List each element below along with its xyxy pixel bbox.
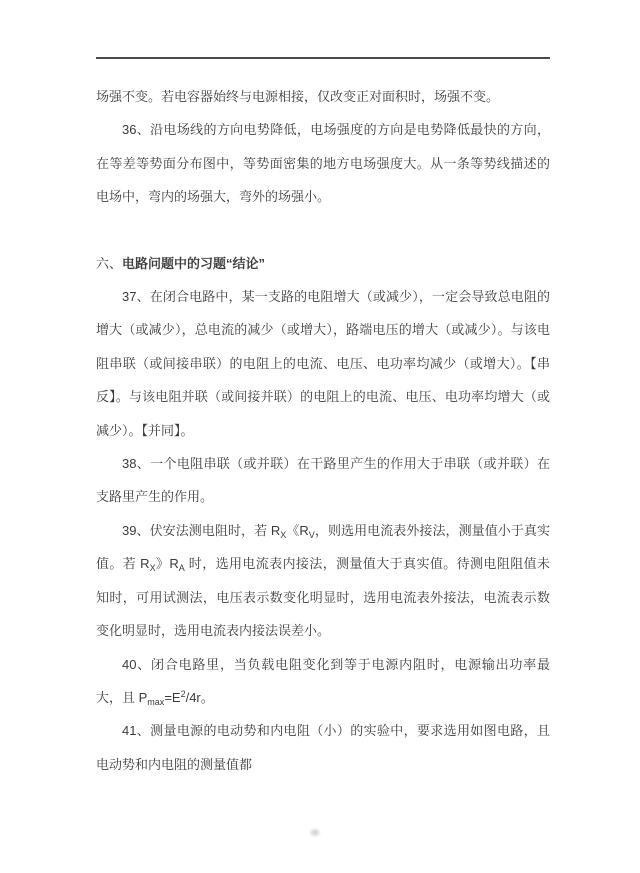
faint-footer-smudge [308,827,322,838]
text-run: 《R [286,523,309,538]
text-run: 41、测量电源的电动势和内电阻（小）的实验中，要求选用如图电路，且电动势和内电阻… [96,723,550,771]
para-40: 40、闭合电路里，当负载电阻变化到等于电源内阻时，电源输出功率最大，且 Pmax… [96,648,550,715]
para-capacitor-continuation: 场强不变。若电容器始终与电源相接，仅改变正对面积时，场强不变。 [96,80,550,113]
text-run: 37、在闭合电路中，某一支路的电阻增大（或减少），一定会导致总电阻的增大（或减少… [96,289,550,438]
text-run: 36、沿电场线的方向电势降低，电场强度的方向是电势降低最快的方向，在等差等势面分… [96,122,550,204]
para-38: 38、一个电阻串联（或并联）在干路里产生的作用大于串联（或并联）在支路里产生的作… [96,447,550,514]
heading-section-6: 六、电路问题中的习题“结论” [96,247,550,280]
text-run: =E [164,690,180,705]
text-run: max [147,697,164,707]
text-run: 》R [156,556,179,571]
text-run: /4r。 [186,690,214,705]
document-page: 场强不变。若电容器始终与电源相接，仅改变正对面积时，场强不变。36、沿电场线的方… [0,0,640,873]
divider-rule [96,57,550,59]
text-run: 38、一个电阻串联（或并联）在干路里产生的作用大于串联（或并联）在支路里产生的作… [96,456,550,504]
text-run: 电路问题中的习题“结论” [122,256,265,271]
text-run: 场强不变。若电容器始终与电源相接，仅改变正对面积时，场强不变。 [96,89,499,104]
para-41: 41、测量电源的电动势和内电阻（小）的实验中，要求选用如图电路，且电动势和内电阻… [96,714,550,781]
para-39: 39、伏安法测电阻时，若 RX《RV，则选用电流表外接法，测量值小于真实值。若 … [96,514,550,648]
text-run: 六、 [96,256,122,271]
para-36: 36、沿电场线的方向电势降低，电场强度的方向是电势降低最快的方向，在等差等势面分… [96,113,550,213]
text-run: 39、伏安法测电阻时，若 R [122,523,280,538]
document-body: 场强不变。若电容器始终与电源相接，仅改变正对面积时，场强不变。36、沿电场线的方… [96,80,550,781]
para-37: 37、在闭合电路中，某一支路的电阻增大（或减少），一定会导致总电阻的增大（或减少… [96,280,550,447]
